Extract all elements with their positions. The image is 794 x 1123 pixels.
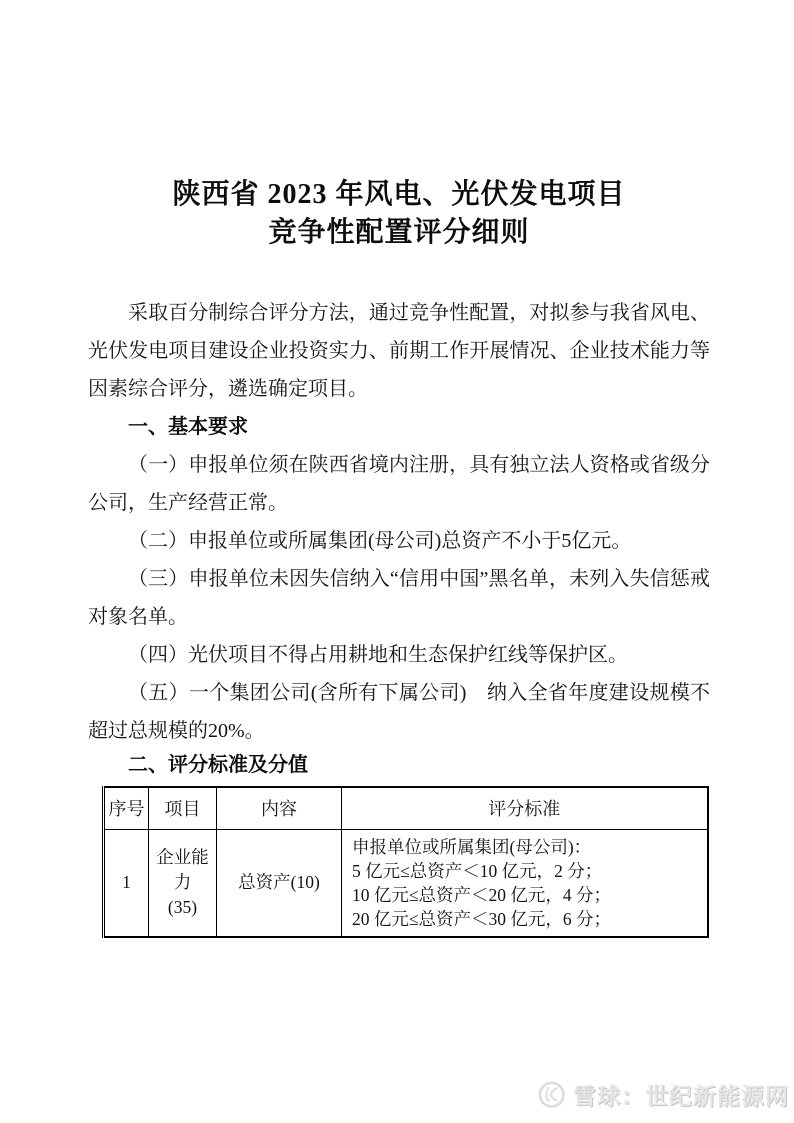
column-header-project: 项目	[149, 787, 217, 829]
document-title-line2: 竞争性配置评分细则	[88, 214, 710, 252]
cell-row-number: 1	[104, 829, 149, 937]
cell-content: 总资产(10)	[217, 829, 342, 937]
criteria-line-4: 20 亿元≤总资产＜30 亿元，6 分；	[352, 907, 699, 931]
requirement-item-5: （五）一个集团公司(含所有下属公司) 纳入全省年度建设规模不超过总规模的20%。	[88, 674, 710, 750]
document-page: { "document": { "title": { "line1": "陕西省…	[0, 0, 794, 1123]
column-header-index: 序号	[104, 787, 149, 829]
scoring-table: 序号 项目 内容 评分标准 1 企业能力 (35) 总资产(10) 申报单位或所…	[102, 786, 709, 938]
section-heading-basic-requirements: 一、基本要求	[88, 408, 710, 446]
criteria-line-1: 申报单位或所属集团(母公司)：	[352, 835, 699, 859]
cell-project: 企业能力 (35)	[149, 829, 217, 937]
requirement-item-2: （二）申报单位或所属集团(母公司)总资产不小于5亿元。	[88, 522, 710, 560]
cell-criteria: 申报单位或所属集团(母公司)： 5 亿元≤总资产＜10 亿元，2 分； 10 亿…	[342, 829, 708, 937]
watermark-text: 雪球：世纪新能源网	[573, 1078, 789, 1111]
document-body: 陕西省 2023 年风电、光伏发电项目 竞争性配置评分细则 采取百分制综合评分方…	[88, 0, 710, 938]
criteria-line-2: 5 亿元≤总资产＜10 亿元，2 分；	[352, 859, 699, 883]
table-row: 1 企业能力 (35) 总资产(10) 申报单位或所属集团(母公司)： 5 亿元…	[104, 829, 708, 937]
criteria-line-3: 10 亿元≤总资产＜20 亿元，4 分；	[352, 883, 699, 907]
watermark: 雪球：世纪新能源网	[537, 1078, 789, 1111]
intro-paragraph: 采取百分制综合评分方法，通过竞争性配置，对拟参与我省风电、光伏发电项目建设企业投…	[88, 294, 710, 408]
column-header-content: 内容	[217, 787, 342, 829]
scoring-table-header-row: 序号 项目 内容 评分标准	[104, 787, 708, 829]
section-heading-scoring: 二、评分标准及分值	[88, 750, 710, 781]
requirement-item-1: （一）申报单位须在陕西省境内注册，具有独立法人资格或省级分公司，生产经营正常。	[88, 446, 710, 522]
document-title: 陕西省 2023 年风电、光伏发电项目 竞争性配置评分细则	[88, 176, 710, 252]
requirement-item-3: （三）申报单位未因失信纳入“信用中国”黑名单，未列入失信惩戒对象名单。	[88, 560, 710, 636]
cell-project-name: 企业能力	[151, 845, 214, 895]
cell-project-score: (35)	[151, 895, 214, 920]
document-title-line1: 陕西省 2023 年风电、光伏发电项目	[88, 176, 710, 214]
column-header-criteria: 评分标准	[342, 787, 708, 829]
xueqiu-snowball-icon	[537, 1080, 566, 1109]
requirement-item-4: （四）光伏项目不得占用耕地和生态保护红线等保护区。	[88, 636, 710, 674]
